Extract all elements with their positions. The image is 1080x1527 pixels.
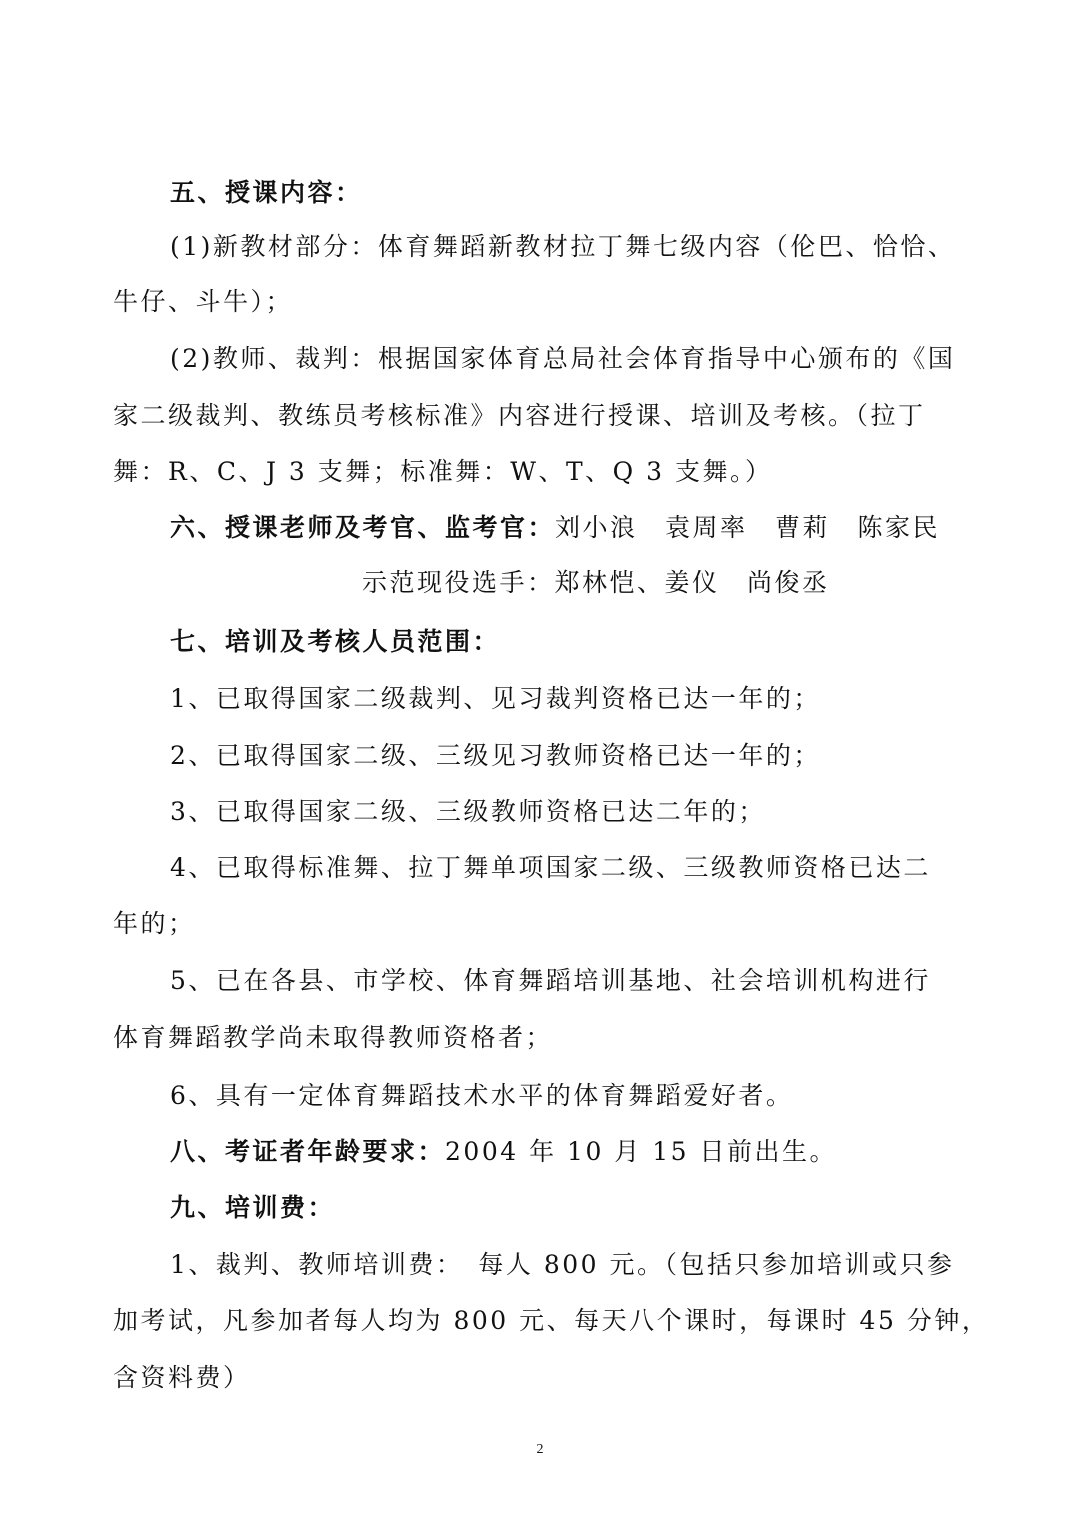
age-requirement: 2004 年 10 月 15 日前出生。 bbox=[445, 1137, 837, 1166]
demo-players-label: 示范现役选手： bbox=[362, 568, 555, 597]
document-page: 五、授课内容： (1)新教材部分：体育舞蹈新教材拉丁舞七级内容（伦巴、恰恰、 牛… bbox=[0, 0, 1080, 1527]
demo-players-row: 示范现役选手：郑林恺、姜仪 尚俊丞 bbox=[362, 568, 1080, 598]
fee-line-2: 加考试，凡参加者每人均为 800 元、每天八个课时，每课时 45 分钟， bbox=[113, 1306, 933, 1336]
fee-line-1: 1、裁判、教师培训费： 每人 800 元。（包括只参加培训或只参 bbox=[170, 1250, 990, 1280]
section-8-heading: 八、考证者年龄要求： bbox=[170, 1137, 445, 1166]
section-5-item-1-line-1: (1)新教材部分：体育舞蹈新教材拉丁舞七级内容（伦巴、恰恰、 bbox=[170, 232, 990, 262]
section-5-item-2-line-1: (2)教师、裁判：根据国家体育总局社会体育指导中心颁布的《国 bbox=[170, 344, 990, 374]
section-7-item-5-line-1: 5、已在各县、市学校、体育舞蹈培训基地、社会培训机构进行 bbox=[170, 966, 990, 996]
section-7-item-3: 3、已取得国家二级、三级教师资格已达二年的； bbox=[170, 797, 990, 827]
section-7-item-6: 6、具有一定体育舞蹈技术水平的体育舞蹈爱好者。 bbox=[170, 1081, 990, 1111]
fee-line-3: 含资料费） bbox=[113, 1363, 933, 1393]
section-5-heading: 五、授课内容： bbox=[170, 178, 990, 208]
section-7-item-1: 1、已取得国家二级裁判、见习裁判资格已达一年的； bbox=[170, 684, 990, 714]
section-7-item-4-line-1: 4、已取得标准舞、拉丁舞单项国家二级、三级教师资格已达二 bbox=[170, 853, 990, 883]
section-7-heading: 七、培训及考核人员范围： bbox=[170, 627, 990, 657]
section-9-heading: 九、培训费： bbox=[170, 1193, 990, 1223]
section-5-item-1-line-2: 牛仔、斗牛）； bbox=[113, 287, 933, 317]
demo-players-list: 郑林恺、姜仪 尚俊丞 bbox=[555, 568, 830, 597]
section-7-item-2: 2、已取得国家二级、三级见习教师资格已达一年的； bbox=[170, 741, 990, 771]
section-7-item-4-line-2: 年的； bbox=[113, 909, 933, 939]
page-number: 2 bbox=[0, 1442, 1080, 1458]
section-7-item-5-line-2: 体育舞蹈教学尚未取得教师资格者； bbox=[113, 1023, 933, 1053]
section-5-item-2-line-3: 舞：R、C、J 3 支舞；标准舞：W、T、Q 3 支舞。） bbox=[113, 457, 933, 487]
section-8-row: 八、考证者年龄要求：2004 年 10 月 15 日前出生。 bbox=[170, 1137, 990, 1167]
section-5-item-2-line-2: 家二级裁判、教练员考核标准》内容进行授课、培训及考核。（拉丁 bbox=[113, 401, 933, 431]
examiners-list: 刘小浪 袁周率 曹莉 陈家民 bbox=[555, 513, 940, 542]
section-6-heading: 六、授课老师及考官、监考官： bbox=[170, 513, 555, 542]
section-6-row: 六、授课老师及考官、监考官：刘小浪 袁周率 曹莉 陈家民 bbox=[170, 513, 990, 543]
